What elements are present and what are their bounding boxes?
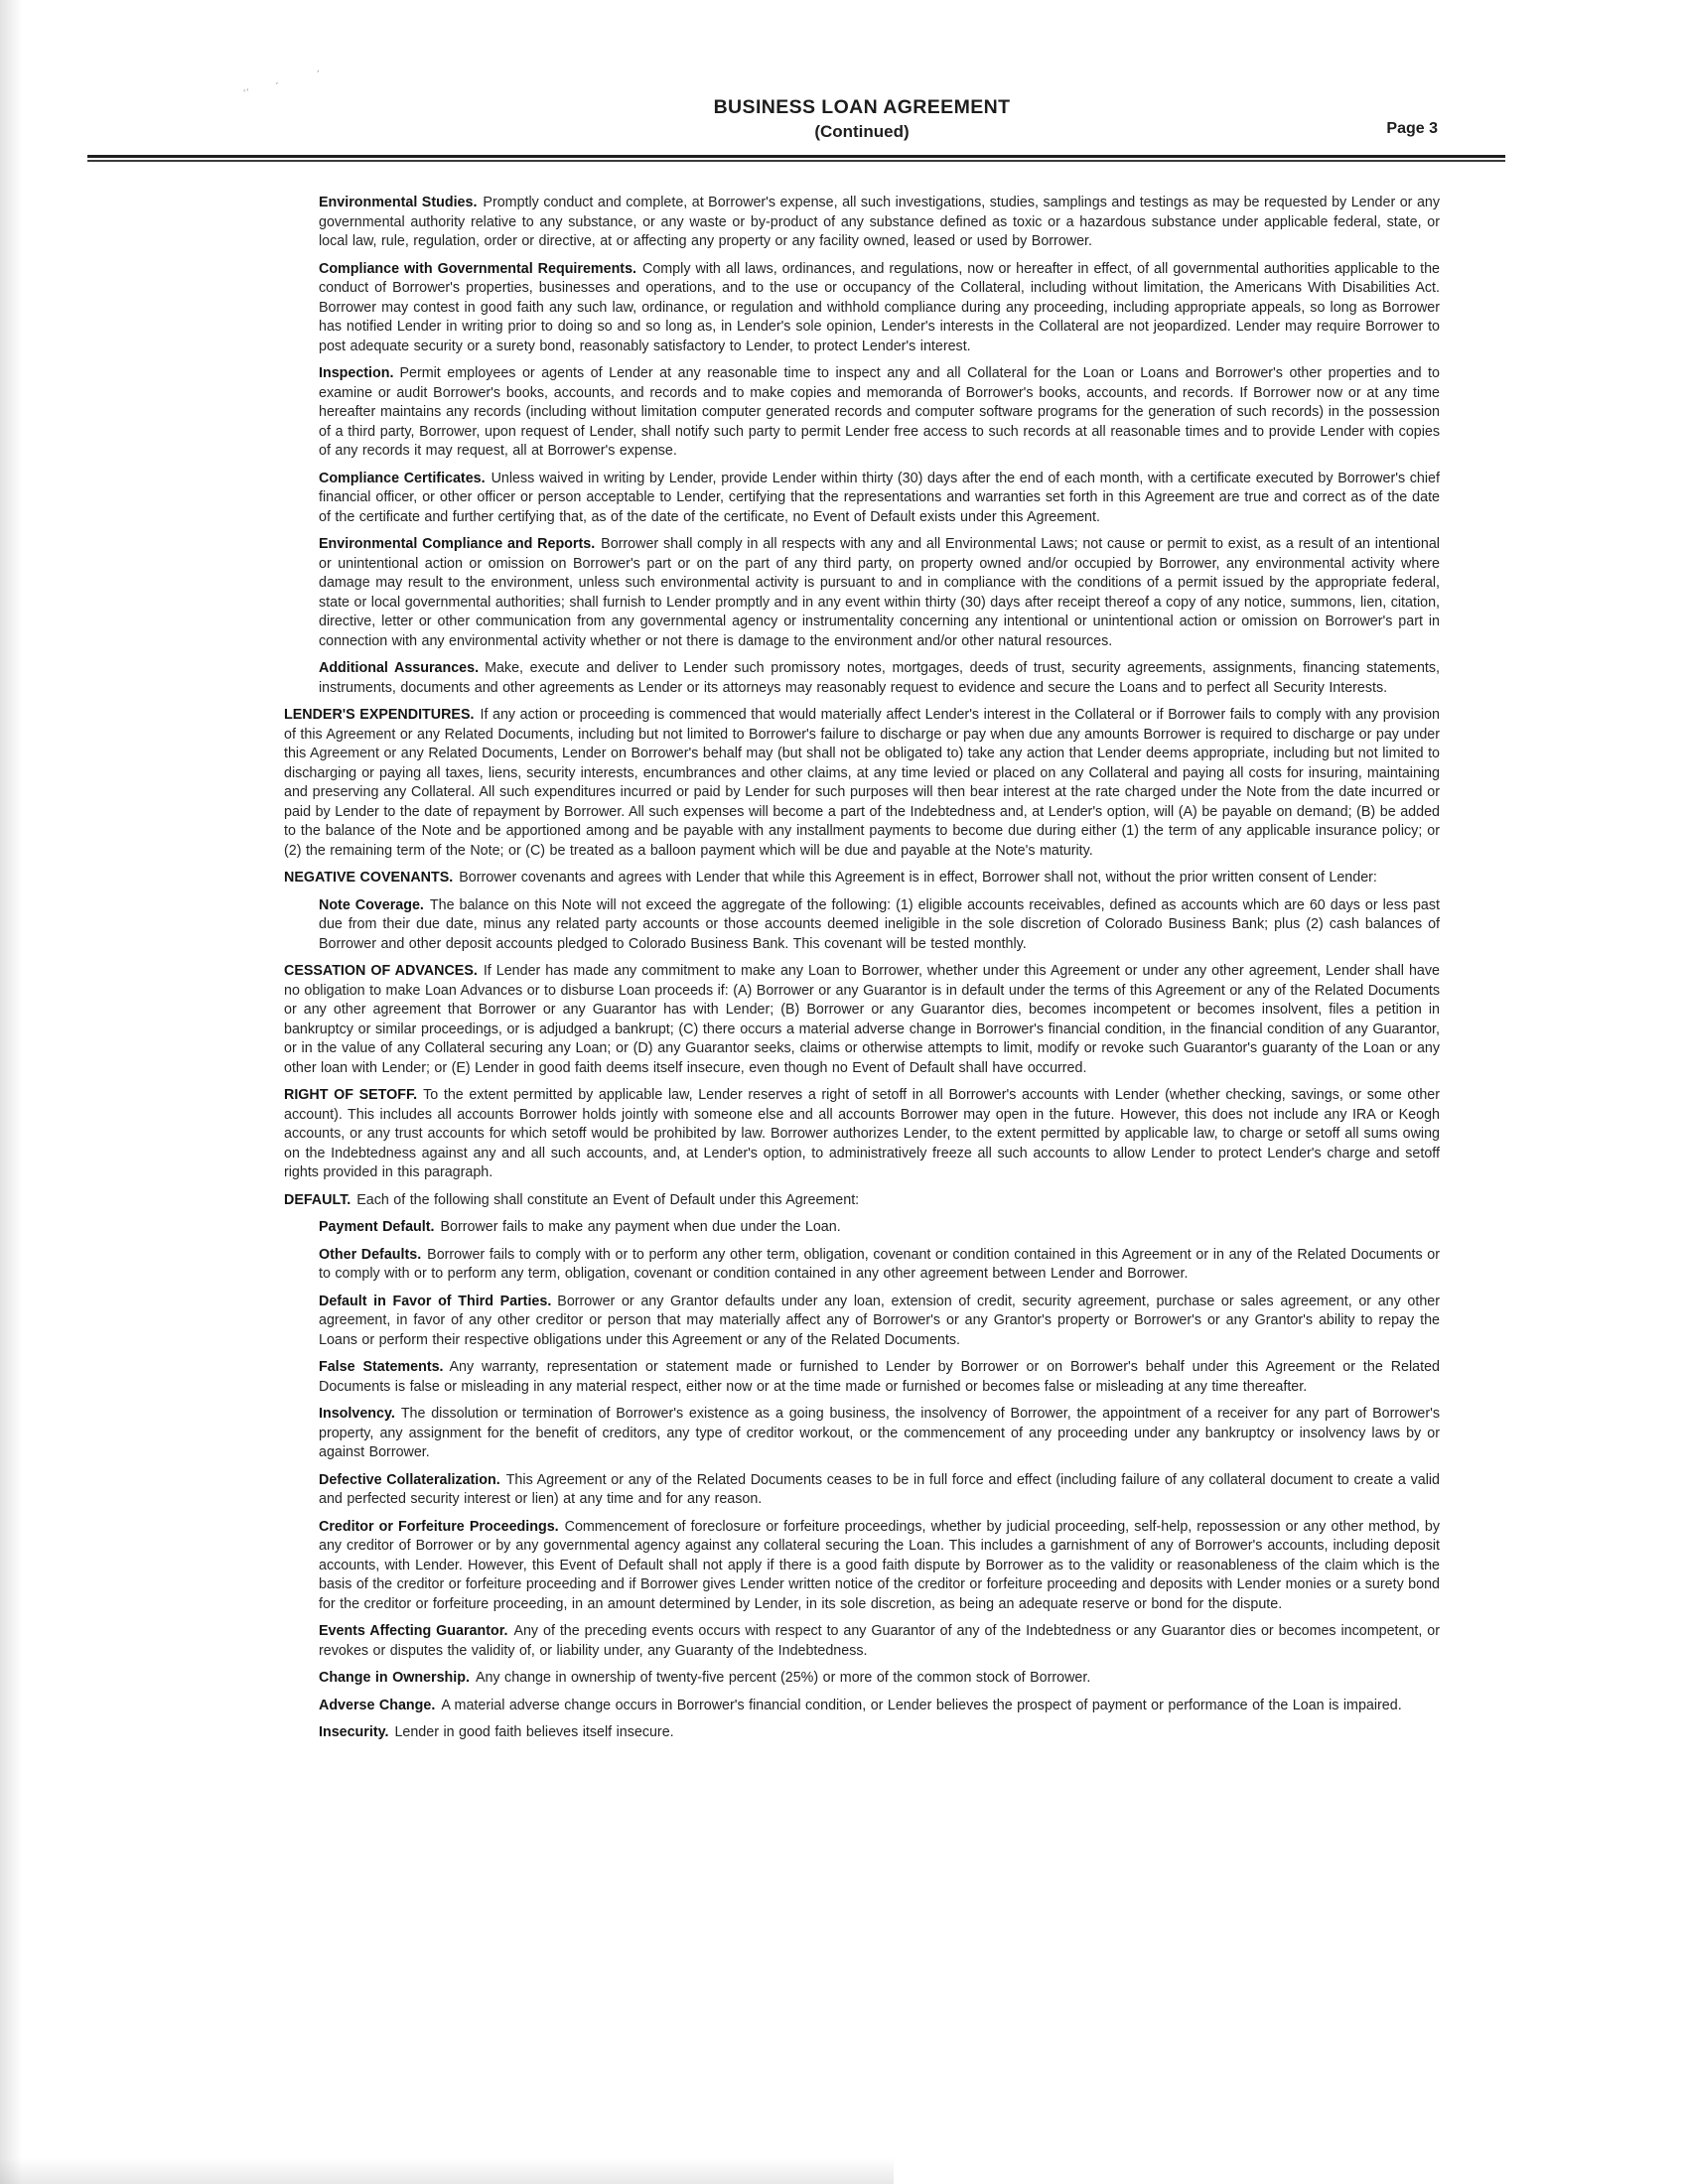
- section-text: If Lender has made any commitment to mak…: [284, 963, 1440, 1076]
- section-text: A material adverse change occurs in Borr…: [441, 1698, 1401, 1713]
- section-label: Insolvency.: [319, 1406, 395, 1422]
- section-false-statements: False Statements.Any warranty, represent…: [319, 1358, 1440, 1397]
- section-text: Borrower covenants and agrees with Lende…: [459, 870, 1377, 886]
- document-header: BUSINESS LOAN AGREEMENT (Continued): [284, 0, 1440, 142]
- section-text: If any action or proceeding is commenced…: [284, 707, 1440, 859]
- section-compliance-certificates: Compliance Certificates.Unless waived in…: [319, 470, 1440, 528]
- section-label: Adverse Change.: [319, 1698, 435, 1713]
- scan-edge-shading-bottom: [0, 2158, 894, 2184]
- section-change-in-ownership: Change in Ownership.Any change in owners…: [319, 1669, 1440, 1689]
- section-label: Inspection.: [319, 365, 393, 381]
- section-label: Additional Assurances.: [319, 660, 479, 676]
- section-additional-assurances: Additional Assurances.Make, execute and …: [319, 659, 1440, 698]
- section-negative-covenants: NEGATIVE COVENANTS.Borrower covenants an…: [284, 869, 1440, 888]
- section-label: Default in Favor of Third Parties.: [319, 1294, 551, 1309]
- section-text: Any warranty, representation or statemen…: [319, 1359, 1440, 1395]
- section-creditor-or-forfeiture-proceedings: Creditor or Forfeiture Proceedings.Comme…: [319, 1518, 1440, 1615]
- section-text: Permit employees or agents of Lender at …: [319, 365, 1440, 459]
- section-inspection: Inspection.Permit employees or agents of…: [319, 364, 1440, 462]
- section-cessation-of-advances: CESSATION OF ADVANCES.If Lender has made…: [284, 962, 1440, 1078]
- section-label: Payment Default.: [319, 1219, 435, 1235]
- section-insolvency: Insolvency.The dissolution or terminatio…: [319, 1405, 1440, 1463]
- section-text: Make, execute and deliver to Lender such…: [319, 660, 1440, 696]
- section-text: Unless waived in writing by Lender, prov…: [319, 471, 1440, 525]
- section-events-affecting-guarantor: Events Affecting Guarantor.Any of the pr…: [319, 1622, 1440, 1661]
- section-label: Environmental Compliance and Reports.: [319, 536, 595, 552]
- section-label: Events Affecting Guarantor.: [319, 1623, 507, 1639]
- section-label: Compliance Certificates.: [319, 471, 486, 486]
- section-label: RIGHT OF SETOFF.: [284, 1087, 417, 1103]
- section-label: CESSATION OF ADVANCES.: [284, 963, 478, 979]
- section-text: Lender in good faith believes itself ins…: [394, 1724, 673, 1740]
- section-text: Borrower fails to make any payment when …: [441, 1219, 841, 1235]
- section-default: DEFAULT.Each of the following shall cons…: [284, 1191, 1440, 1211]
- document-title: BUSINESS LOAN AGREEMENT: [284, 96, 1440, 119]
- section-label: Other Defaults.: [319, 1247, 421, 1263]
- section-environmental-compliance-reports: Environmental Compliance and Reports.Bor…: [319, 535, 1440, 651]
- section-other-defaults: Other Defaults.Borrower fails to comply …: [319, 1246, 1440, 1285]
- section-label: LENDER'S EXPENDITURES.: [284, 707, 474, 723]
- section-text: The dissolution or termination of Borrow…: [319, 1406, 1440, 1460]
- section-environmental-studies: Environmental Studies.Promptly conduct a…: [319, 194, 1440, 252]
- section-label: DEFAULT.: [284, 1192, 351, 1208]
- section-text: Any change in ownership of twenty-five p…: [476, 1670, 1090, 1686]
- section-text: To the extent permitted by applicable la…: [284, 1087, 1440, 1180]
- section-text: Borrower fails to comply with or to perf…: [319, 1247, 1440, 1283]
- section-label: Creditor or Forfeiture Proceedings.: [319, 1519, 559, 1535]
- section-lenders-expenditures: LENDER'S EXPENDITURES.If any action or p…: [284, 706, 1440, 861]
- document-page: ،، ٬ ٬ Page 3 BUSINESS LOAN AGREEMENT (C…: [0, 0, 1688, 2184]
- section-label: NEGATIVE COVENANTS.: [284, 870, 453, 886]
- section-label: Note Coverage.: [319, 897, 424, 913]
- pencil-mark: ٬: [272, 81, 279, 92]
- section-label: Defective Collateralization.: [319, 1472, 500, 1488]
- scan-edge-shading-left: [0, 0, 22, 2184]
- section-payment-default: Payment Default.Borrower fails to make a…: [319, 1218, 1440, 1238]
- section-compliance-governmental-requirements: Compliance with Governmental Requirement…: [319, 260, 1440, 357]
- section-insecurity: Insecurity.Lender in good faith believes…: [319, 1723, 1440, 1743]
- section-right-of-setoff: RIGHT OF SETOFF.To the extent permitted …: [284, 1086, 1440, 1183]
- section-defective-collateralization: Defective Collateralization.This Agreeme…: [319, 1471, 1440, 1510]
- section-note-coverage: Note Coverage.The balance on this Note w…: [319, 896, 1440, 955]
- section-label: False Statements.: [319, 1359, 444, 1375]
- document-content: BUSINESS LOAN AGREEMENT (Continued) Envi…: [284, 0, 1440, 1751]
- pencil-mark: ،،: [241, 82, 250, 94]
- section-text: The balance on this Note will not exceed…: [319, 897, 1440, 952]
- section-label: Environmental Studies.: [319, 195, 477, 210]
- section-label: Compliance with Governmental Requirement…: [319, 261, 636, 277]
- section-label: Insecurity.: [319, 1724, 388, 1740]
- section-text: Each of the following shall constitute a…: [356, 1192, 859, 1208]
- section-label: Change in Ownership.: [319, 1670, 470, 1686]
- section-adverse-change: Adverse Change.A material adverse change…: [319, 1697, 1440, 1716]
- section-text: Borrower shall comply in all respects wi…: [319, 536, 1440, 649]
- document-subtitle: (Continued): [284, 122, 1440, 142]
- document-body: Environmental Studies.Promptly conduct a…: [284, 194, 1440, 1743]
- section-text: Promptly conduct and complete, at Borrow…: [319, 195, 1440, 249]
- section-default-in-favor-of-third-parties: Default in Favor of Third Parties.Borrow…: [319, 1293, 1440, 1351]
